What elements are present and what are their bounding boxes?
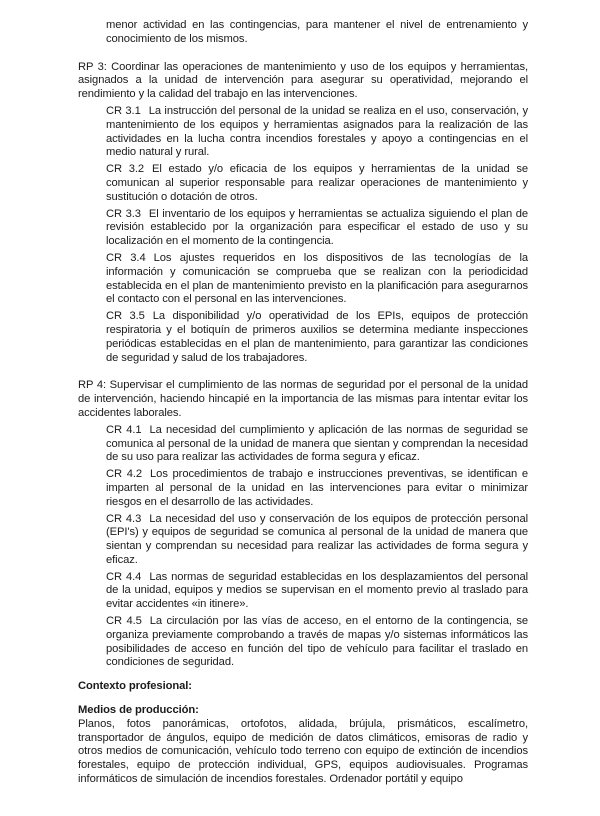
cr-text: El estado y/o eficacia de los equipos y … xyxy=(106,163,528,203)
cr-label: CR 4.3 xyxy=(106,513,141,525)
cr-label: CR 4.2 xyxy=(106,468,142,480)
cr-text: La instrucción del personal de la unidad… xyxy=(106,105,528,158)
cr-paragraph: CR 3.3El inventario de los equipos y her… xyxy=(106,208,528,249)
cr-text: Los procedimientos de trabajo e instrucc… xyxy=(106,468,528,508)
cr-paragraph: CR 4.3La necesidad del uso y conservació… xyxy=(106,513,528,568)
cr-label: CR 3.2 xyxy=(106,163,144,175)
cr-label: CR 3.5 xyxy=(106,310,145,322)
cr-paragraph: CR 3.2El estado y/o eficacia de los equi… xyxy=(106,163,528,204)
cr-label: CR 3.4 xyxy=(106,252,146,264)
means-paragraph: Planos, fotos panorámicas, ortofotos, al… xyxy=(78,718,528,787)
cr-text: El inventario de los equipos y herramien… xyxy=(106,208,528,248)
intro-continuation-paragraph: menor actividad en las contingencias, pa… xyxy=(106,19,528,47)
rp-paragraph: RP 4: Supervisar el cumplimiento de las … xyxy=(78,379,528,420)
cr-text: La necesidad del uso y conservación de l… xyxy=(106,513,528,566)
cr-text: Los ajustes requeridos en los dispositiv… xyxy=(106,252,528,305)
cr-paragraph: CR 4.2Los procedimientos de trabajo e in… xyxy=(106,468,528,509)
cr-label: CR 4.5 xyxy=(106,615,142,627)
cr-text: La circulación por las vías de acceso, e… xyxy=(106,615,528,668)
cr-label: CR 4.4 xyxy=(106,571,141,583)
cr-text: La necesidad del cumplimiento y aplicaci… xyxy=(106,424,528,464)
cr-label: CR 3.3 xyxy=(106,208,141,220)
rp-paragraph: RP 3: Coordinar las operaciones de mante… xyxy=(78,61,528,102)
cr-text: La disponibilidad y/o operatividad de lo… xyxy=(106,310,528,363)
sections: RP 3: Coordinar las operaciones de mante… xyxy=(78,61,528,671)
cr-paragraph: CR 3.4Los ajustes requeridos en los disp… xyxy=(106,252,528,307)
cr-text: Las normas de seguridad establecidas en … xyxy=(106,571,528,611)
cr-paragraph: CR 3.5La disponibilidad y/o operatividad… xyxy=(106,310,528,365)
context-heading: Contexto profesional: xyxy=(78,680,528,694)
cr-paragraph: CR 4.5La circulación por las vías de acc… xyxy=(106,615,528,670)
means-heading: Medios de producción: xyxy=(78,704,528,718)
cr-label: CR 4.1 xyxy=(106,424,142,436)
cr-paragraph: CR 4.4Las normas de seguridad establecid… xyxy=(106,571,528,612)
cr-label: CR 3.1 xyxy=(106,105,141,117)
cr-paragraph: CR 4.1La necesidad del cumplimiento y ap… xyxy=(106,424,528,465)
cr-paragraph: CR 3.1La instrucción del personal de la … xyxy=(106,105,528,160)
document-page: menor actividad en las contingencias, pa… xyxy=(78,19,528,787)
